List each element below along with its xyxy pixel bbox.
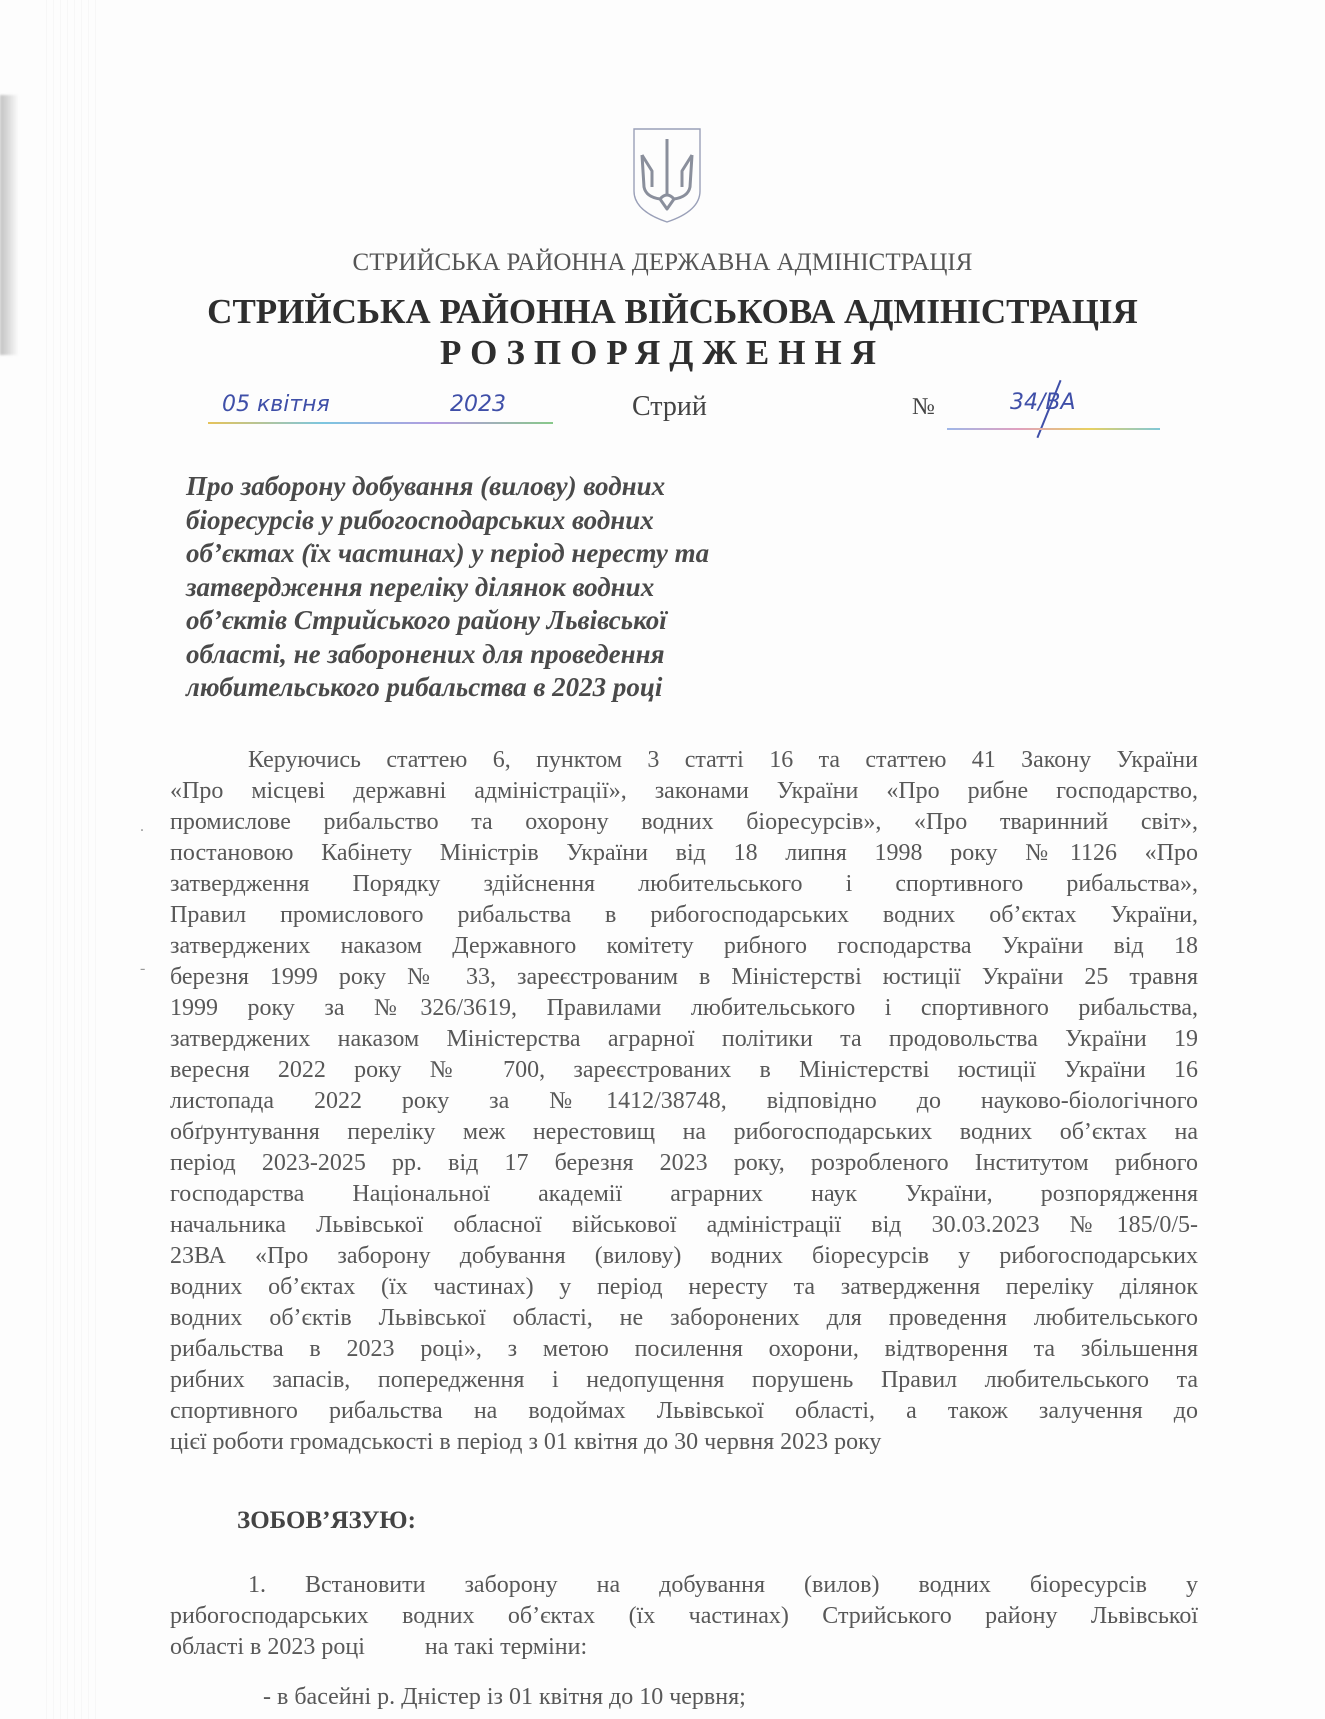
preamble-line: затверджених наказом Державного комітету… xyxy=(170,933,1198,963)
item-line: рибогосподарських водних об’єктах (їх ча… xyxy=(170,1603,1198,1633)
preamble-line: водних об’єктах (їх частинах) у період н… xyxy=(170,1274,1198,1304)
preamble-line: листопада 2022 року за №1412/38748, відп… xyxy=(170,1088,1198,1118)
preamble-line: період 2023-2025 рр. від 17 березня 2023… xyxy=(170,1150,1198,1180)
trident-coat-of-arms-icon xyxy=(630,125,704,225)
preamble-line: водних об’єктів Львівської області, не з… xyxy=(170,1305,1198,1335)
preamble-line: постановою Кабінету Міністрів України ві… xyxy=(170,840,1198,870)
document-type: РОЗПОРЯДЖЕННЯ xyxy=(0,333,1325,373)
margin-mark: - xyxy=(140,960,145,978)
title-line: Про заборону добування (вилову) водних xyxy=(186,470,806,504)
preamble-line: спортивного рибальства на водоймах Львів… xyxy=(170,1398,1198,1428)
preamble-line: Правил промислового рибальства в рибогос… xyxy=(170,902,1198,932)
number-sign: № xyxy=(912,394,935,421)
title-line: об’єктів Стрийського району Львівської xyxy=(186,604,806,638)
preamble-line: начальника Львівської обласної військово… xyxy=(170,1212,1198,1242)
title-line: області, не заборонених для проведення xyxy=(186,638,806,672)
preamble-line: господарства Національної академії аграр… xyxy=(170,1181,1198,1211)
handwritten-year: 2023 xyxy=(450,392,506,417)
preamble-line: березня 1999 року № 33, зареєстрованим в… xyxy=(170,964,1198,994)
preamble-line: Керуючись статтею 6, пунктом 3 статті 16… xyxy=(248,747,1198,777)
preamble-line: обґрунтування переліку меж нерестовищ на… xyxy=(170,1119,1198,1149)
number-underline xyxy=(947,428,1160,430)
title-line: об’єктах (їх частинах) у період нересту … xyxy=(186,537,806,571)
preamble-line: 23ВА «Про заборону добування (вилову) во… xyxy=(170,1243,1198,1273)
issuing-org-line-2: СТРИЙСЬКА РАЙОННА ВІЙСЬКОВА АДМІНІСТРАЦІ… xyxy=(0,292,1325,332)
preamble-line: рибних запасів, попередження і недопущен… xyxy=(170,1367,1198,1397)
issuing-org-line-1: СТРИЙСЬКА РАЙОННА ДЕРЖАВНА АДМІНІСТРАЦІЯ xyxy=(0,249,1325,277)
margin-mark: . xyxy=(140,818,144,836)
title-line: любительського рибальства в 2023 році xyxy=(186,671,806,705)
city: Стрий xyxy=(632,391,707,423)
title-line: затвердження переліку ділянок водних xyxy=(186,571,806,605)
handwritten-date: 05 квітня xyxy=(222,392,330,417)
preamble-line: 1999 року за №326/3619, Правилами любите… xyxy=(170,995,1198,1025)
date-underline xyxy=(208,422,553,424)
title-line: біоресурсів у рибогосподарських водних xyxy=(186,504,806,538)
item-line: 1. Встановити заборону на добування (вил… xyxy=(248,1572,1198,1602)
preamble-line: затверджених наказом Міністерства аграрн… xyxy=(170,1026,1198,1056)
preamble-line: цієї роботи громадськості в період з 01 … xyxy=(170,1429,1198,1459)
document-subject-title: Про заборону добування (вилову) водних б… xyxy=(186,470,806,705)
preamble-line: рибальства в 2023 році», з метою посилен… xyxy=(170,1336,1198,1366)
obligate-heading: ЗОБОВ’ЯЗУЮ: xyxy=(237,1507,416,1535)
preamble-line: затвердження Порядку здійснення любитель… xyxy=(170,871,1198,901)
preamble-line: «Про місцеві державні адміністрації», за… xyxy=(170,778,1198,808)
item-1-sub-item: - в басейні р. Дністер із 01 квітня до 1… xyxy=(263,1684,746,1711)
handwritten-order-number: 34/ВА xyxy=(1010,390,1076,415)
preamble-line: вересня 2022 року № 700, зареєстрованих … xyxy=(170,1057,1198,1087)
preamble-line: промислове рибальство та охорону водних … xyxy=(170,809,1198,839)
item-line: області в 2023 році на такі терміни: xyxy=(170,1634,1198,1664)
